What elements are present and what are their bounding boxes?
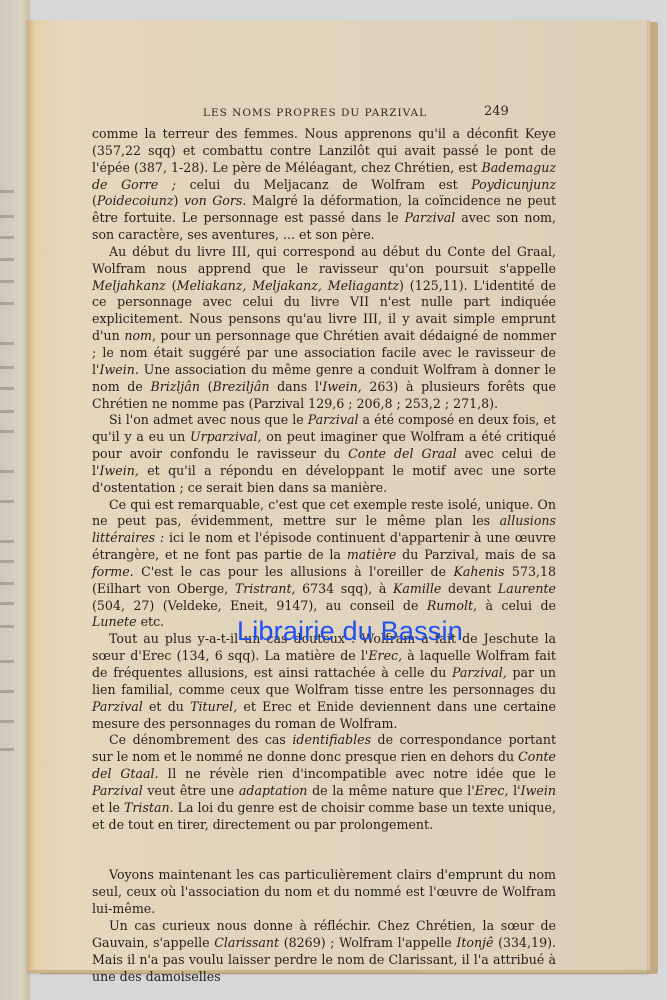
italic-text: Poidecoiunz	[97, 193, 174, 208]
facing-page-text-fragment	[0, 190, 14, 193]
watermark-text: Librairie du Bassin	[237, 616, 463, 647]
italic-text: Parzival	[92, 783, 143, 798]
text-run: Voyons maintenant les cas particulièreme…	[92, 867, 556, 916]
text-run: et du	[143, 699, 190, 714]
italic-text: Erec,	[368, 648, 402, 663]
paragraph: Voyons maintenant les cas particulièreme…	[92, 867, 556, 918]
text-run: Si l'on admet avec nous que le	[109, 412, 308, 427]
text-run: (	[200, 379, 213, 394]
facing-page-text-fragment	[0, 625, 14, 628]
facing-page-text-fragment	[0, 560, 14, 563]
italic-text: Tristan.	[124, 800, 174, 815]
text-run: C'est le cas pour les allusions à l'orei…	[134, 564, 454, 579]
italic-text: Parzival	[405, 210, 456, 225]
text-run: devant	[441, 581, 498, 596]
italic-text: Parzival	[308, 412, 359, 427]
facing-page-text-fragment	[0, 302, 14, 305]
italic-text: Clarissant	[214, 935, 279, 950]
text-run: Ce qui est remarquable, c'est que cet ex…	[92, 497, 556, 529]
italic-text: Conte del Graal	[348, 446, 457, 461]
facing-page-text-fragment	[0, 748, 14, 751]
italic-text: Titurel,	[190, 699, 237, 714]
text-run: et le	[92, 800, 124, 815]
text-run: dans l'	[269, 379, 322, 394]
facing-page-text-fragment	[0, 258, 14, 261]
text-run: celui du Meljacanz de Wolfram est	[176, 177, 471, 192]
italic-text: adaptation	[239, 783, 308, 798]
page-number: 249	[484, 104, 509, 119]
facing-page-text-fragment	[0, 215, 14, 218]
facing-page-text-fragment	[0, 387, 14, 390]
page-gutter	[27, 20, 35, 970]
text-run: du Parzival, mais de sa	[396, 547, 556, 562]
paragraph: Au début du livre III, qui correspond au…	[92, 244, 556, 412]
italic-text: Parzival,	[452, 665, 507, 680]
italic-text: nom,	[124, 328, 156, 343]
facing-page-text-fragment	[0, 582, 14, 585]
italic-text: Kahenis	[453, 564, 504, 579]
text-run: veut être une	[143, 783, 239, 798]
text-run: etc.	[137, 614, 165, 629]
text-run: (	[166, 278, 177, 293]
text-run: Au début du livre III, qui correspond au…	[92, 244, 556, 276]
text-run: à celui de	[477, 598, 556, 613]
facing-page-text-fragment	[0, 690, 14, 693]
facing-page-text-fragment	[0, 660, 14, 663]
italic-text: Meljahkanz	[92, 278, 166, 293]
paragraph: comme la terreur des femmes. Nous appren…	[92, 126, 556, 244]
text-run: 6734 sqq), à	[296, 581, 393, 596]
paragraph: Ce qui est remarquable, c'est que cet ex…	[92, 497, 556, 632]
facing-page-text-fragment	[0, 602, 14, 605]
italic-text: von Gors.	[184, 193, 246, 208]
italic-text: Meliakanz, Meljakanz, Meliagantz	[177, 278, 399, 293]
facing-page-text-fragment	[0, 720, 14, 723]
facing-page-edge	[0, 0, 30, 1000]
italic-text: Kamille	[393, 581, 441, 596]
italic-text: Iwein	[521, 783, 556, 798]
facing-page-text-fragment	[0, 500, 14, 503]
italic-text: Parzival	[92, 699, 143, 714]
italic-text: Iwein,	[100, 463, 139, 478]
italic-text: Iwein.	[100, 362, 139, 377]
paragraph: Si l'on admet avec nous que le Parzival …	[92, 412, 556, 496]
text-run: et qu'il a répondu en développant le mot…	[92, 463, 556, 495]
italic-text: Poydicunjunz	[471, 177, 556, 192]
italic-text: Breziljân	[213, 379, 270, 394]
text-run: (8269) ; Wolfram l'appelle	[279, 935, 456, 950]
italic-text: Brizljân	[150, 379, 200, 394]
italic-text: Lunete	[92, 614, 137, 629]
facing-page-text-fragment	[0, 470, 14, 473]
italic-text: matière	[347, 547, 396, 562]
italic-text: Laurente	[498, 581, 556, 596]
italic-text: Tristrant,	[235, 581, 296, 596]
facing-page-text-fragment	[0, 280, 14, 283]
italic-text: Erec,	[475, 783, 509, 798]
facing-page-text-fragment	[0, 540, 14, 543]
facing-page-text-fragment	[0, 410, 14, 413]
text-run: Il ne révèle rien d'incompatible avec no…	[159, 766, 557, 781]
text-run: de la même nature que l'	[307, 783, 474, 798]
facing-page-text-fragment	[0, 430, 14, 433]
facing-page-text-fragment	[0, 366, 14, 369]
text-run: (504, 27) (Veldeke, Eneit, 9147), au con…	[92, 598, 427, 613]
text-run: l'	[508, 783, 520, 798]
italic-text: Rumolt,	[427, 598, 477, 613]
italic-text: identifiables	[292, 732, 371, 747]
body-text: comme la terreur des femmes. Nous appren…	[92, 126, 556, 985]
italic-text: Urparzival,	[190, 429, 262, 444]
facing-page-text-fragment	[0, 236, 14, 239]
italic-text: Iwein,	[322, 379, 361, 394]
text-run: Ce dénombrement des cas	[109, 732, 292, 747]
italic-text: Itonjê	[456, 935, 493, 950]
italic-text: forme.	[92, 564, 134, 579]
paragraph: Un cas curieux nous donne à réfléchir. C…	[92, 918, 556, 985]
running-head: LES NOMS PROPRES DU PARZIVAL	[203, 107, 427, 119]
facing-page-text-fragment	[0, 342, 14, 345]
paragraph: Ce dénombrement des cas identifiables de…	[92, 732, 556, 833]
text-run: )	[174, 193, 184, 208]
